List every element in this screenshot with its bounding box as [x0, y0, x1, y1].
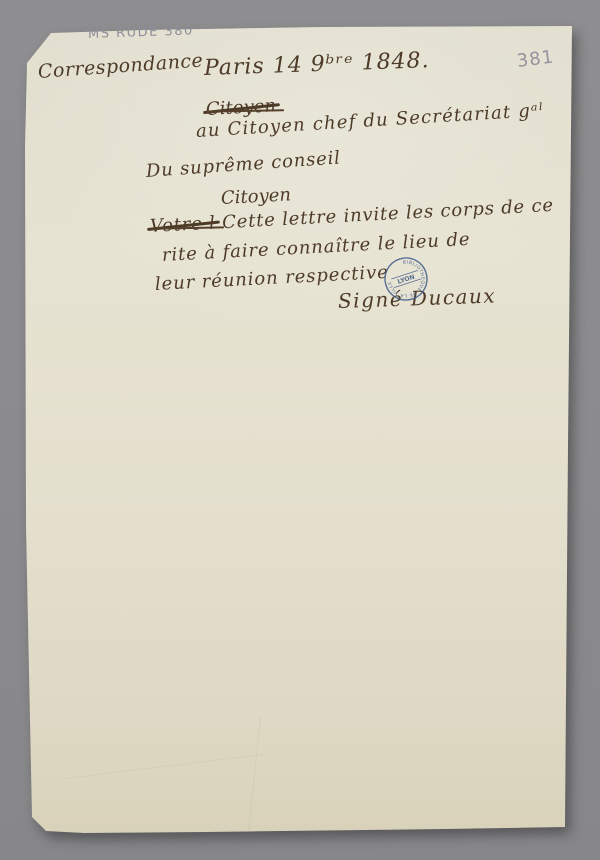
paper-shadow	[0, 0, 600, 860]
letter-paper	[24, 26, 572, 834]
paper-crease	[248, 716, 261, 833]
manuscript-scan: MS RUDE 380 381 Correspondance Paris 14 …	[0, 0, 600, 860]
paper-crease	[65, 754, 264, 779]
